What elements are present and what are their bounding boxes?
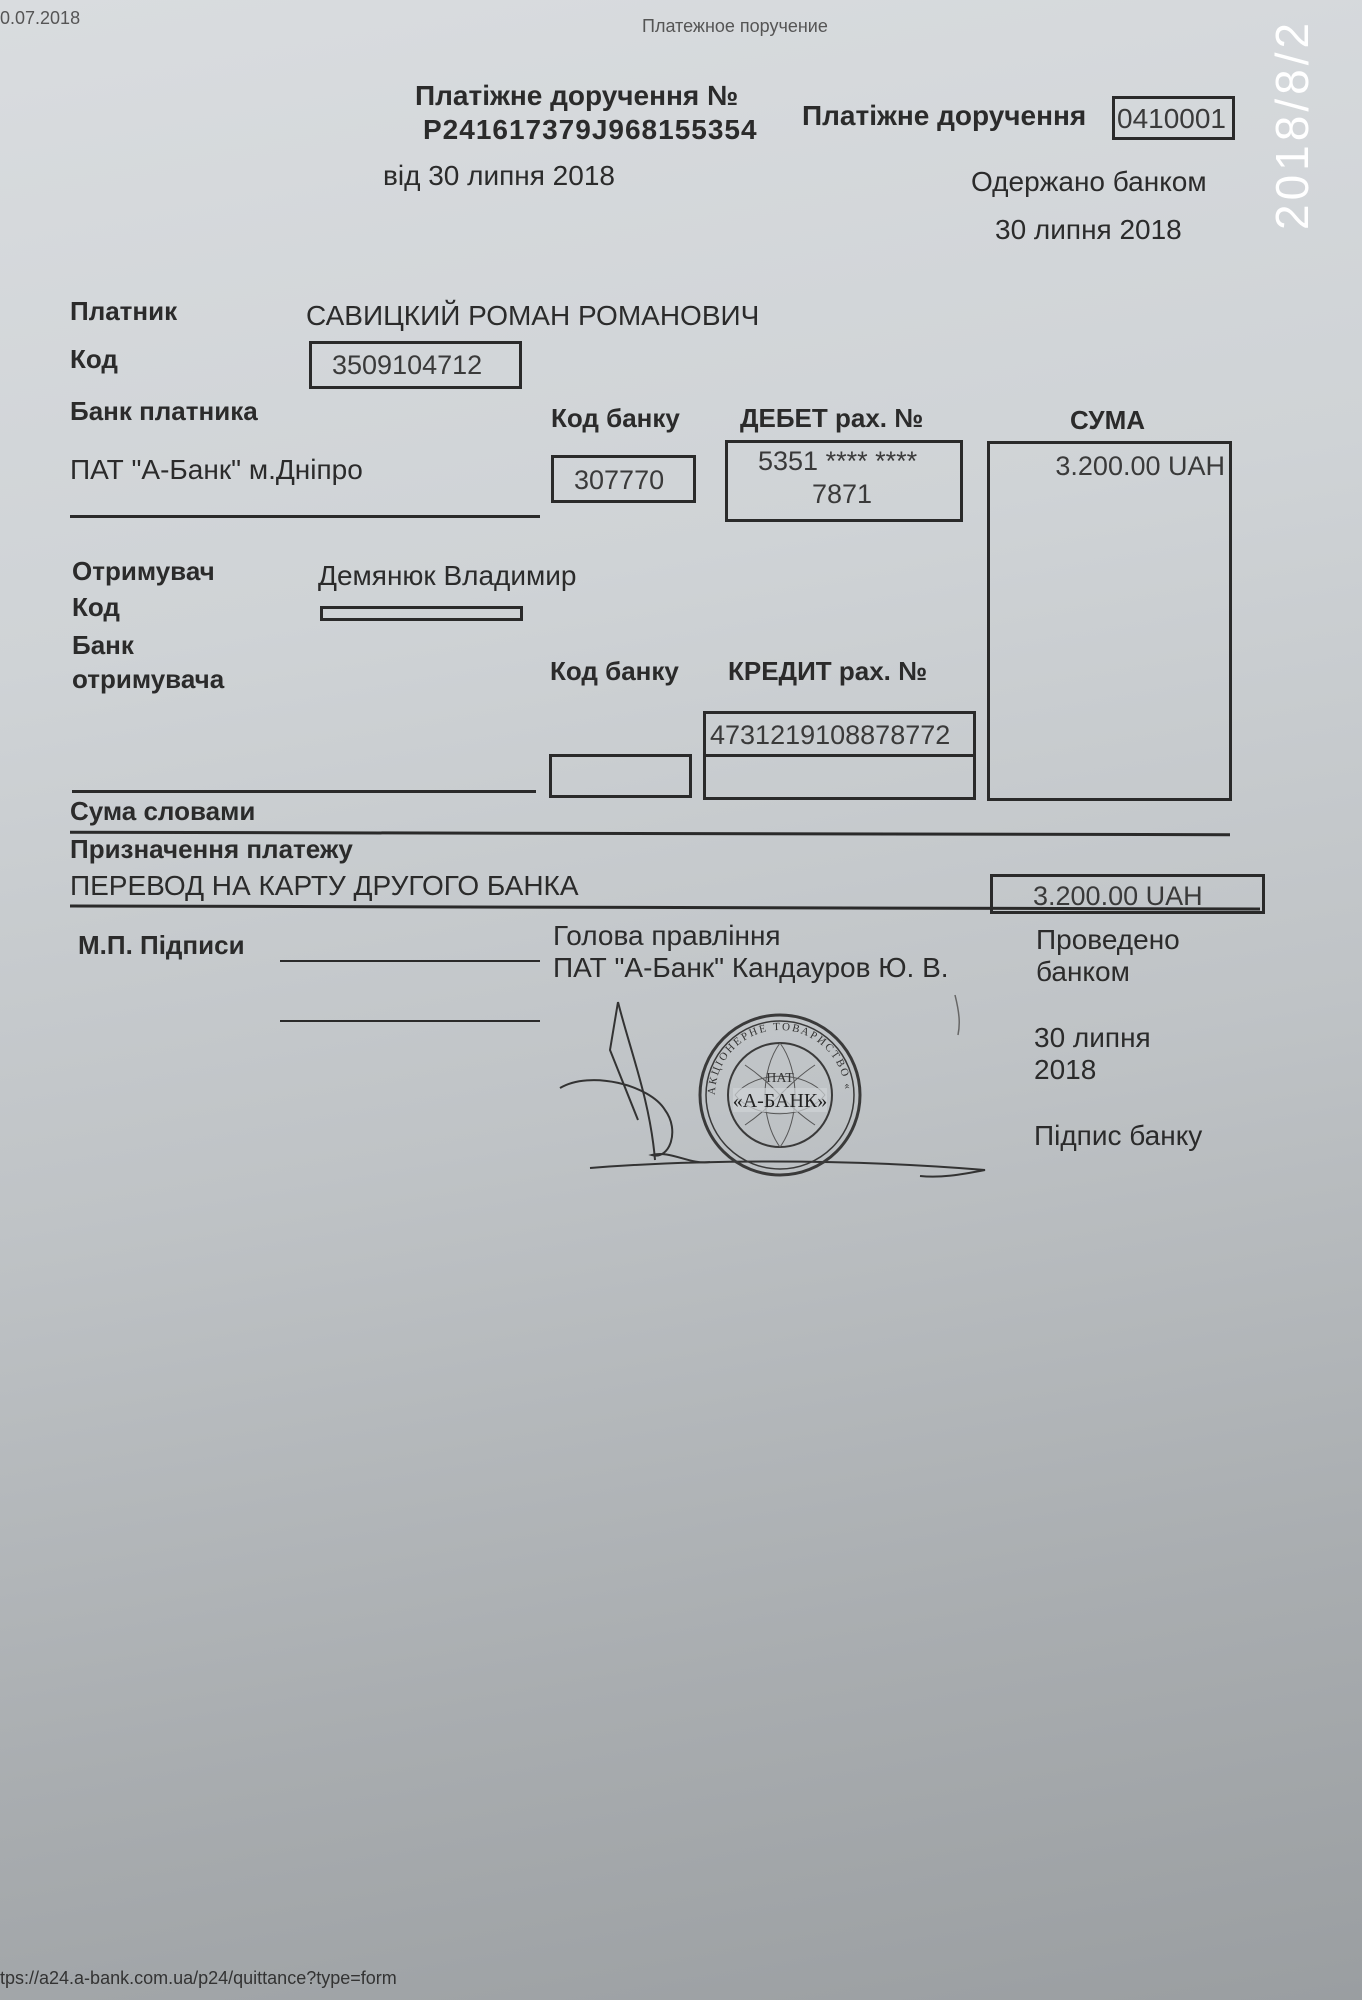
bank-signature-label: Підпис банку [1034,1120,1202,1152]
purpose-label: Призначення платежу [70,834,353,865]
photo-date-watermark: 2018/8/2 [1265,19,1319,230]
payer-bank-code-label: Код банку [551,403,680,434]
recipient-bank-label-line1: Банк [72,630,134,661]
document-date: від 30 липня 2018 [383,160,615,192]
payer-bank-label: Банк платника [70,396,258,427]
signatures-label: М.П. Підписи [78,930,245,961]
recipient-label: Отримувач [72,556,215,587]
processed-label-line1: Проведено [1036,924,1180,956]
payer-label: Платник [70,296,177,327]
payer-bank-code: 307770 [574,465,664,496]
processed-label-line2: банком [1036,956,1130,988]
payer-code: 3509104712 [332,350,482,381]
debit-label: ДЕБЕТ рах. № [740,403,923,434]
footer-url: tps://a24.a-bank.com.ua/p24/quittance?ty… [0,1968,397,1989]
document-number: P241617379J968155354 [423,114,758,146]
debit-account-line1: 5351 **** **** [758,446,917,477]
signature-line-1 [280,960,540,962]
sum-words-label: Сума словами [70,796,255,827]
form-label: Платіжне доручення [802,100,1086,132]
payer-name: САВИЦКИЙ РОМАН РОМАНОВИЧ [306,300,759,332]
payer-bank-name: ПАТ "А-Банк" м.Дніпро [70,454,363,486]
amount-label: СУМА [1070,405,1145,436]
recipient-bank-code-box [549,754,692,798]
print-title: Платежное поручение [642,16,828,37]
svg-text:«А-БАНК»: «А-БАНК» [733,1090,828,1112]
recipient-name: Демянюк Владимир [318,560,576,592]
form-code-box: 0410001 [1112,96,1235,140]
print-date: 0.07.2018 [0,8,80,29]
received-label: Одержано банком [971,166,1207,198]
signature-line-2 [280,1020,540,1022]
head-name: ПАТ "А-Банк" Кандауров Ю. В. [553,952,949,984]
form-code: 0410001 [1117,103,1226,135]
svg-text:ПАТ: ПАТ [766,1071,794,1086]
processed-date-line2: 2018 [1034,1054,1096,1086]
received-date: 30 липня 2018 [995,214,1182,246]
recipient-bank-underline [72,790,536,793]
purpose-text: ПЕРЕВОД НА КАРТУ ДРУГОГО БАНКА [70,870,579,902]
credit-account-box: 4731219108878772 [703,711,976,757]
amount-value: 3.200.00 UAH [1055,451,1225,482]
processed-date-line1: 30 липня [1034,1022,1151,1054]
payer-bank-underline [70,515,540,518]
payer-code-box: 3509104712 [309,341,522,389]
recipient-code-box [320,606,523,621]
bank-stamp-icon: ПАТ «А-БАНК» АКЦІОНЕРНЕ ТОВАРИСТВО «АКЦЕ… [695,1010,865,1180]
debit-account-box: 5351 **** **** 7871 [725,440,963,522]
purpose-amount-box: 3.200.00 UAH [990,874,1265,914]
recipient-bank-code-label: Код банку [550,656,679,687]
debit-account-line2: 7871 [812,479,872,510]
head-title: Голова правління [553,920,781,952]
purpose-amount: 3.200.00 UAH [1033,881,1203,912]
credit-account: 4731219108878772 [710,720,950,751]
credit-label: КРЕДИТ рах. № [728,656,927,687]
recipient-code-label: Код [72,592,120,623]
amount-box: 3.200.00 UAH [987,441,1232,801]
payer-bank-code-box: 307770 [551,455,696,503]
recipient-bank-label-line2: отримувача [72,664,224,695]
credit-extra-box [703,754,976,800]
payer-code-label: Код [70,344,118,375]
document-title: Платіжне доручення № [415,80,738,112]
